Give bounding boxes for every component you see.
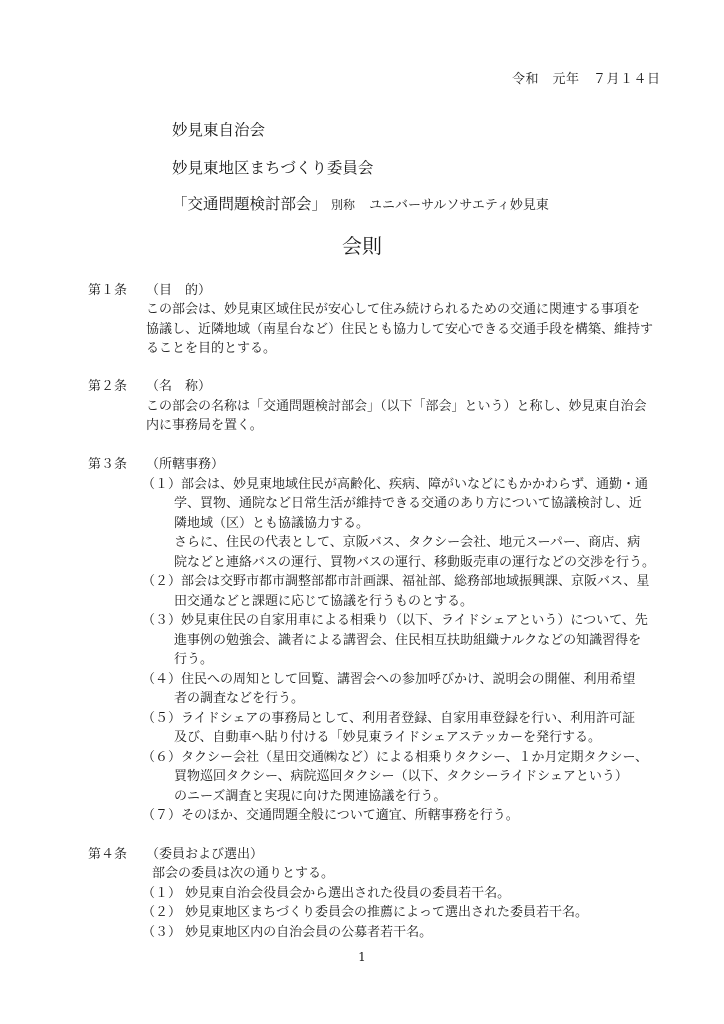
item-text: 妙見東住民の自家用車による相乗り（以下、ライドシェアという）について、先 xyxy=(181,613,648,628)
item-text: 妙見東地区まちづくり委員会の推薦によって選出された委員若干名。 xyxy=(185,905,588,920)
item-text: タクシー会社（星田交通㈱など）による相乗りタクシー、１か月定期タクシー、 xyxy=(181,750,648,765)
article-4-intro: 部会の委員は次の通りとする。 xyxy=(152,864,334,883)
article-3-item-2: （２）部会は交野市都市調整部都市計画課、福祉部、総務部地域振興課、京阪バス、星 xyxy=(142,572,649,591)
item-label: （２） xyxy=(142,905,181,920)
item-text: そのほか、交通問題全般について適宜、所轄事務を行う。 xyxy=(181,808,519,823)
item-label: （３） xyxy=(142,613,181,628)
item-label: （４） xyxy=(142,672,181,687)
item-label: （７） xyxy=(142,808,181,823)
article-number: 第４条 xyxy=(88,845,146,864)
article-3-item-3: （３）妙見東住民の自家用車による相乗り（以下、ライドシェアという）について、先 xyxy=(142,611,648,630)
item-continuation: 及び、自動車へ貼り付ける「妙見東ライドシェアステッカーを発行する。 xyxy=(174,728,601,747)
item-label: （５） xyxy=(142,711,181,726)
alias-label: 別称 xyxy=(331,198,355,212)
article-2-heading: 第２条（名 称） xyxy=(88,377,211,396)
article-number: 第３条 xyxy=(88,455,146,474)
article-number: 第２条 xyxy=(88,377,146,396)
article-3-item-7: （７）そのほか、交通問題全般について適宜、所轄事務を行う。 xyxy=(142,806,519,825)
item-text: 妙見東地区内の自治会員の公募者若干名。 xyxy=(185,925,432,940)
article-3-item-1: （１）部会は、妙見東地域住民が高齢化、疾病、障がいなどにもかかわらず、通勤・通 xyxy=(142,475,648,494)
article-title: （目 的） xyxy=(146,283,211,298)
item-continuation: さらに、住民の代表として、京阪バス、タクシー会社、地元スーパー、商店、病 xyxy=(174,533,640,552)
item-label: （１） xyxy=(142,477,181,492)
item-continuation: 買物巡回タクシー、病院巡回タクシー（以下、タクシーライドシェアという） xyxy=(174,767,628,786)
org-name-committee: 「交通問題検討部会」別称ユニバーサルソサエティ妙見東 xyxy=(172,192,549,214)
article-title: （委員および選出） xyxy=(146,847,263,862)
item-continuation: 隣地域（区）とも協議協力する。 xyxy=(174,514,369,533)
item-text: 部会は、妙見東地域住民が高齢化、疾病、障がいなどにもかかわらず、通勤・通 xyxy=(181,477,648,492)
article-1-line: この部会は、妙見東区域住民が安心して住み続けられるための交通に関連する事項を xyxy=(146,300,640,319)
item-continuation: 進事例の勉強会、識者による講習会、住民相互扶助組織ナルクなどの知識習得を xyxy=(174,631,641,650)
item-text: 妙見東自治会役員会から選出された役員の委員若干名。 xyxy=(185,886,510,901)
committee-name: 「交通問題検討部会」 xyxy=(172,195,327,213)
item-text: 部会は交野市都市調整部都市計画課、福祉部、総務部地域振興課、京阪バス、星 xyxy=(181,574,649,589)
article-4-item-3: （３） 妙見東地区内の自治会員の公募者若干名。 xyxy=(142,923,432,942)
item-label: （３） xyxy=(142,925,181,940)
article-number: 第１条 xyxy=(88,281,146,300)
item-text: 住民への周知として回覧、講習会への参加呼びかけ、説明会の開催、利用希望 xyxy=(181,672,635,687)
article-3-item-5: （５）ライドシェアの事務局として、利用者登録、自家用車登録を行い、利用許可証 xyxy=(142,709,635,728)
org-name-jichikai: 妙見東自治会 xyxy=(172,118,265,140)
page-title: 会則 xyxy=(0,230,724,259)
item-continuation: 学、買物、通院など日常生活が維持できる交通のあり方について協議検討し、近 xyxy=(174,494,642,513)
article-title: （名 称） xyxy=(146,379,211,394)
article-4-heading: 第４条（委員および選出） xyxy=(88,845,263,864)
article-3-item-6: （６）タクシー会社（星田交通㈱など）による相乗りタクシー、１か月定期タクシー、 xyxy=(142,748,648,767)
article-1-line: ることを目的とする。 xyxy=(146,339,276,358)
alias-name: ユニバーサルソサエティ妙見東 xyxy=(369,198,549,213)
item-continuation: 院などと連絡バスの運行、買物バスの運行、移動販売車の運行などの交渉を行う。 xyxy=(174,553,655,572)
item-label: （６） xyxy=(142,750,181,765)
article-1-heading: 第１条（目 的） xyxy=(88,281,211,300)
article-3-item-4: （４）住民への周知として回覧、講習会への参加呼びかけ、説明会の開催、利用希望 xyxy=(142,670,636,689)
document-date: 令和 元年 ７月１４日 xyxy=(512,68,661,87)
item-continuation: のニーズ調査と実現に向けた関連協議を行う。 xyxy=(174,787,446,806)
item-label: （１） xyxy=(142,886,181,901)
item-continuation: 行う。 xyxy=(174,650,213,669)
item-text: ライドシェアの事務局として、利用者登録、自家用車登録を行い、利用許可証 xyxy=(181,711,635,726)
item-continuation: 田交通などと課題に応じて協議を行うものとする。 xyxy=(174,592,473,611)
article-3-heading: 第３条（所轄事務） xyxy=(88,455,224,474)
article-4-item-1: （１） 妙見東自治会役員会から選出された役員の委員若干名。 xyxy=(142,884,510,903)
item-label: （２） xyxy=(142,574,181,589)
article-4-item-2: （２） 妙見東地区まちづくり委員会の推薦によって選出された委員若干名。 xyxy=(142,903,588,922)
item-continuation: 者の調査などを行う。 xyxy=(174,689,304,708)
article-1-line: 協議し、近隣地域（南星台など）住民とも協力して安心できる交通手段を構築、維持す xyxy=(146,320,653,339)
page-number: 1 xyxy=(0,950,724,964)
article-title: （所轄事務） xyxy=(146,457,224,472)
org-name-machizukuri: 妙見東地区まちづくり委員会 xyxy=(172,156,373,178)
article-2-line: この部会の名称は「交通問題検討部会」（以下「部会」という）と称し、妙見東自治会 xyxy=(146,397,647,416)
article-2-line: 内に事務局を置く。 xyxy=(146,416,263,435)
